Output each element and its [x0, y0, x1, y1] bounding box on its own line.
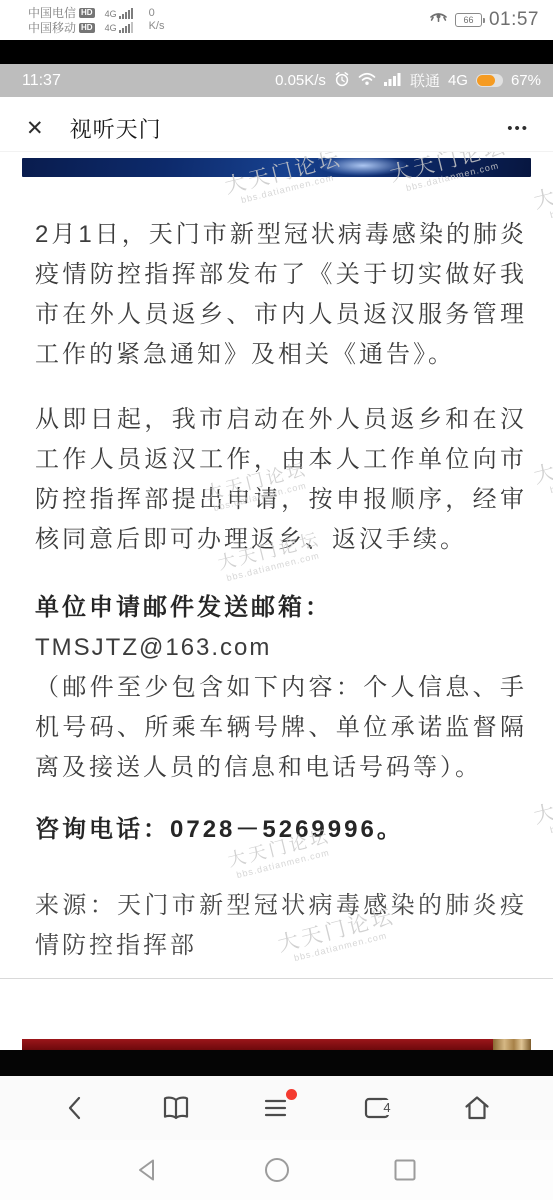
footer-black-bar [0, 1050, 553, 1076]
footer-gold-logo [493, 1039, 531, 1050]
email-address[interactable]: TMSJTZ@163.com [35, 628, 527, 668]
browser-toolbar: 4 [0, 1076, 553, 1140]
nav-recents-button[interactable] [389, 1154, 421, 1186]
signal-bars-icon [119, 8, 133, 19]
phone-line: 咨询电话：0728－5269996。 [35, 810, 527, 850]
hd-badge: HD [79, 23, 95, 33]
inner-battery-icon [476, 74, 503, 87]
signal-bars-icon [119, 22, 133, 33]
network-type-label: 4G [105, 10, 117, 19]
battery-icon: 66 [455, 13, 482, 27]
close-icon[interactable]: ✕ [26, 116, 44, 141]
android-nav-bar [0, 1140, 553, 1200]
inner-network-type: 4G [448, 72, 468, 89]
hd-badge: HD [79, 8, 95, 18]
speed-unit: K/s [149, 20, 165, 33]
tabs-button[interactable]: 4 [360, 1091, 394, 1125]
device-clock: 01:57 [489, 9, 539, 31]
nav-back-button[interactable] [133, 1154, 165, 1186]
alarm-clock-icon [334, 71, 350, 91]
paragraph: 从即日起，我市启动在外人员返乡和在汉工作人员返汉工作，由本人工作单位向市防控指挥… [35, 400, 527, 560]
back-button[interactable] [59, 1091, 93, 1125]
nav-home-button[interactable] [261, 1154, 293, 1186]
article-header: ✕ 视听天门 ••• [0, 105, 553, 152]
email-note: （邮件至少包含如下内容：个人信息、手机号码、所乘车辆号牌、单位承诺监督隔离及接送… [35, 668, 527, 788]
menu-button[interactable] [259, 1091, 293, 1125]
email-label: 单位申请邮件发送邮箱： [35, 588, 527, 628]
article-content: 2月1日，天门市新型冠状病毒感染的肺炎疫情防控指挥部发布了《关于切实做好我市在外… [0, 152, 553, 1076]
footer-red-banner [22, 1039, 531, 1050]
more-menu-icon[interactable]: ••• [507, 120, 529, 137]
notification-dot [286, 1089, 297, 1100]
network-speed: 0 K/s [149, 7, 165, 33]
inner-speed: 0.05K/s [275, 72, 326, 89]
device-status-bar: 中国电信 HD 中国移动 HD 4G 4G 0 [0, 0, 553, 40]
carrier2-name: 中国移动 [28, 21, 76, 35]
paragraph: 2月1日，天门市新型冠状病毒感染的肺炎疫情防控指挥部发布了《关于切实做好我市在外… [35, 215, 527, 375]
source-line: 来源：天门市新型冠状病毒感染的肺炎疫情防控指挥部 [35, 886, 527, 966]
screenshot-top-black-bar [0, 40, 553, 64]
carrier-info: 中国电信 HD 中国移动 HD 4G 4G 0 [28, 6, 165, 35]
tab-count: 4 [382, 1100, 391, 1115]
network-type-label: 4G [105, 24, 117, 33]
divider [0, 978, 553, 979]
eye-comfort-icon [429, 10, 448, 30]
article-banner-image [22, 158, 531, 177]
phone-screen: 中国电信 HD 中国移动 HD 4G 4G 0 [0, 0, 553, 1200]
home-button[interactable] [460, 1091, 494, 1125]
bookmarks-icon[interactable] [159, 1091, 193, 1125]
page-title: 视听天门 [70, 113, 162, 144]
inner-battery-percent: 67% [511, 72, 541, 89]
battery-level: 66 [463, 15, 473, 25]
cell-signal-icon [384, 72, 402, 90]
speed-value: 0 [149, 7, 155, 20]
white-gap [0, 97, 553, 105]
inner-carrier: 联通 [410, 70, 440, 91]
wifi-icon [358, 72, 376, 90]
carrier1-name: 中国电信 [28, 6, 76, 20]
inner-status-bar: 11:37 0.05K/s [0, 64, 553, 97]
inner-clock: 11:37 [22, 72, 61, 90]
